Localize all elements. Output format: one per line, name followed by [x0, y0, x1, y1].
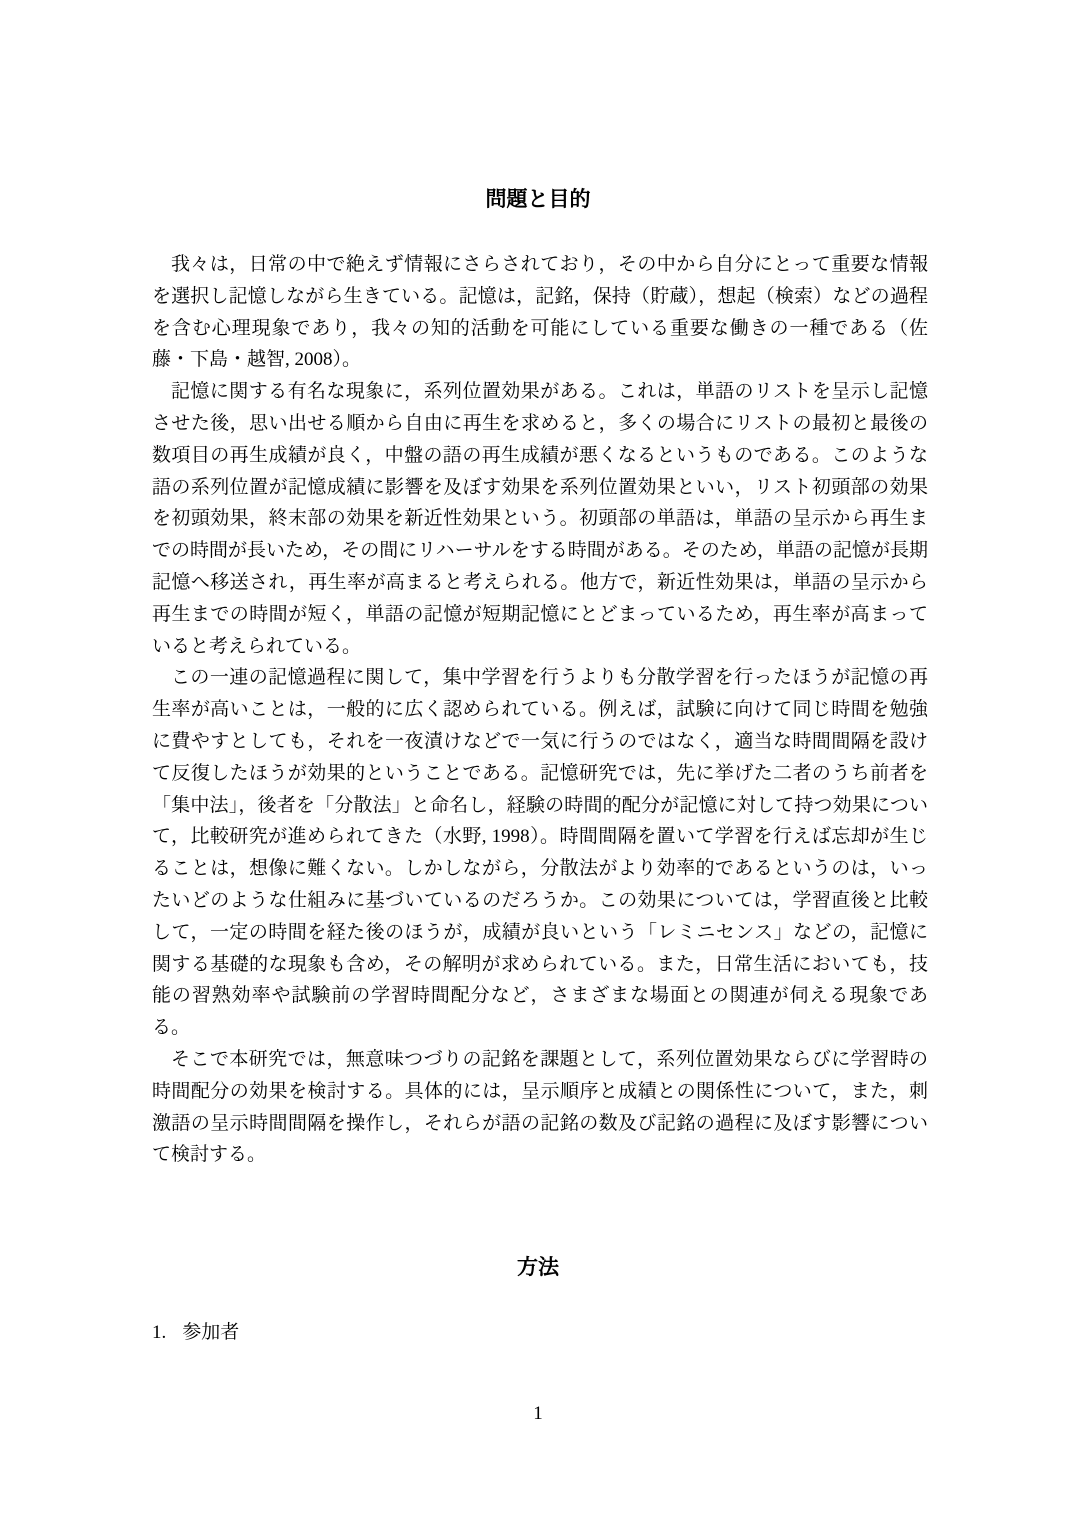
- paragraph-4: そこで本研究では，無意味つづりの記銘を課題として，系列位置効果ならびに学習時の時…: [152, 1044, 928, 1171]
- list-item-participants: 1.参加者: [152, 1320, 239, 1346]
- list-item-number: 1.: [152, 1320, 166, 1346]
- section-heading-introduction: 問題と目的: [0, 186, 1076, 214]
- paragraph-3: この一連の記憶過程に関して，集中学習を行うよりも分散学習を行ったほうが記憶の再生…: [152, 662, 928, 1044]
- paragraph-2: 記憶に関する有名な現象に，系列位置効果がある。これは，単語のリストを呈示し記憶さ…: [152, 376, 928, 662]
- document-page: 問題と目的 我々は，日常の中で絶えず情報にさらされており，その中から自分にとって…: [0, 0, 1076, 1522]
- body-text-block: 我々は，日常の中で絶えず情報にさらされており，その中から自分にとって重要な情報を…: [152, 249, 928, 1171]
- page-number: 1: [0, 1403, 1076, 1425]
- paragraph-1: 我々は，日常の中で絶えず情報にさらされており，その中から自分にとって重要な情報を…: [152, 249, 928, 376]
- list-item-label: 参加者: [182, 1322, 239, 1343]
- section-heading-method: 方法: [0, 1254, 1076, 1282]
